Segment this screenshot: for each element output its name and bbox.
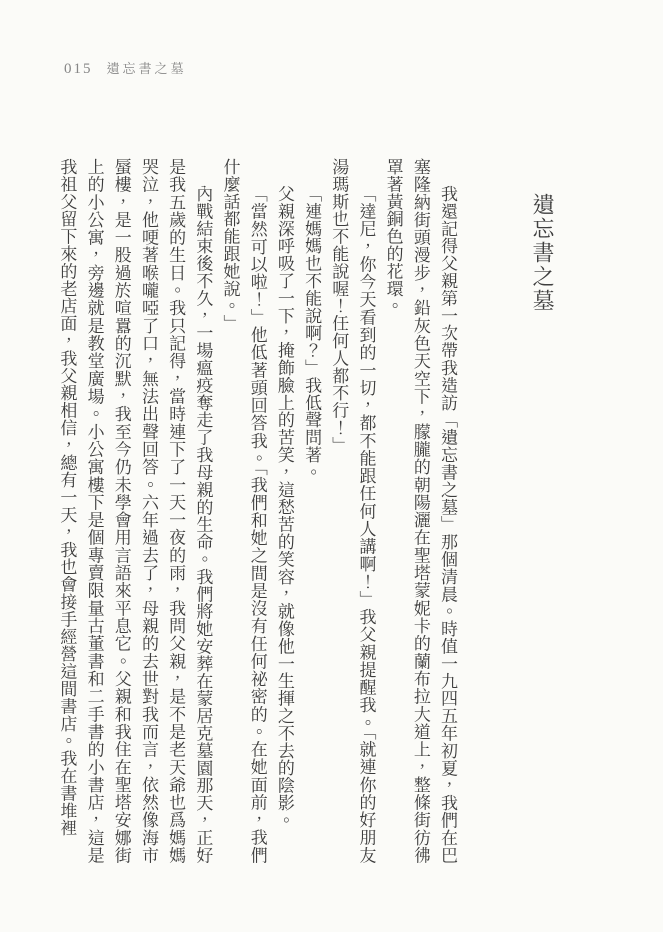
page-number: 015 xyxy=(64,61,93,78)
paragraph-6: 內戰結束後不久，一場瘟疫奪走了我母親的生命。我們將她安葬在蒙居克墓園那天，正好是… xyxy=(53,158,216,864)
running-header-title: 遺忘書之墓 xyxy=(107,58,187,77)
paragraph-4: 父親深呼吸了一下，掩飾臉上的苦笑，這愁苦的笑容，就像他一生揮之不去的陰影。 xyxy=(271,158,298,864)
paragraph-1: 我還記得父親第一次帶我造訪「遺忘書之墓」那個清晨。時值一九四五年初夏，我們在巴塞… xyxy=(379,158,461,864)
paragraph-2: 「達尼，你今天看到的一切，都不能跟任何人講啊！」我父親提醒我。「就連你的好朋友湯… xyxy=(325,158,379,864)
paragraph-3: 「連媽媽也不能說啊？」我低聲問著。 xyxy=(298,158,325,864)
chapter-title: 遺忘書之墓 xyxy=(531,158,553,864)
page-content: 遺忘書之墓 我還記得父親第一次帶我造訪「遺忘書之墓」那個清晨。時值一九四五年初夏… xyxy=(53,158,553,864)
book-page: 015 遺忘書之墓 遺忘書之墓 我還記得父親第一次帶我造訪「遺忘書之墓」那個清晨… xyxy=(0,0,663,932)
running-header: 015 遺忘書之墓 xyxy=(64,58,187,78)
paragraph-5: 「當然可以啦！」他低著頭回答我。「我們和她之間是沒有任何祕密的。在她面前，我們什… xyxy=(216,158,270,864)
